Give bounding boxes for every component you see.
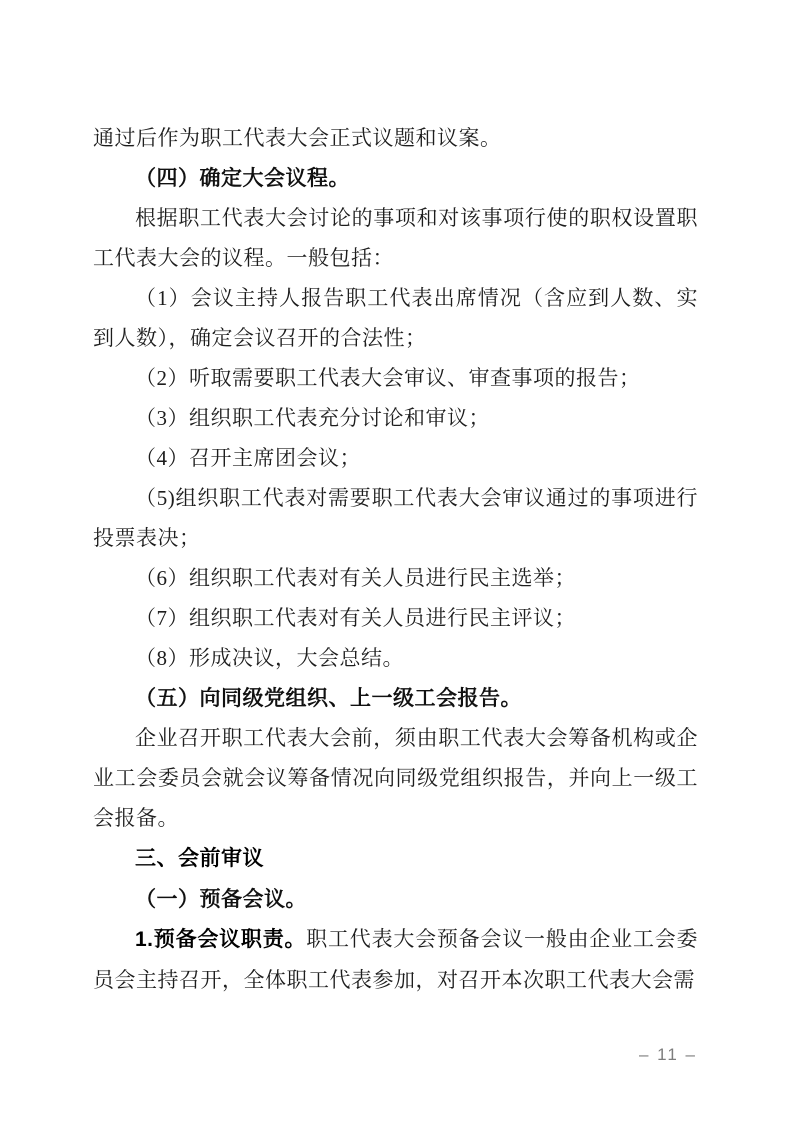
document-page: 通过后作为职工代表大会正式议题和议案。（四）确定大会议程。根据职工代表大会讨论的… bbox=[0, 0, 794, 1123]
paragraph: （6）组织职工代表对有关人员进行民主选举； bbox=[93, 558, 698, 598]
paragraph: 1.预备会议职责。职工代表大会预备会议一般由企业工会委员会主持召开，全体职工代表… bbox=[93, 919, 698, 1000]
paragraph: 通过后作为职工代表大会正式议题和议案。 bbox=[93, 118, 698, 158]
paragraph: 企业召开职工代表大会前，须由职工代表大会筹备机构或企业工会委员会就会议筹备情况向… bbox=[93, 718, 698, 838]
text-run: （6）组织职工代表对有关人员进行民主选举； bbox=[135, 566, 576, 590]
text-run: 企业召开职工代表大会前，须由职工代表大会筹备机构或企业工会委员会就会议筹备情况向… bbox=[93, 726, 698, 830]
text-run-hei-bold: 三、会前审议 bbox=[135, 847, 264, 870]
text-run: 通过后作为职工代表大会正式议题和议案。 bbox=[93, 126, 502, 150]
paragraph: 三、会前审议 bbox=[93, 838, 698, 879]
text-run: （5)组织职工代表对需要职工代表大会审议通过的事项进行投票表决； bbox=[93, 486, 698, 550]
text-run: （4）召开主席团会议； bbox=[135, 446, 361, 470]
paragraph: （一）预备会议。 bbox=[93, 879, 698, 919]
paragraph: （五）向同级党组织、上一级工会报告。 bbox=[93, 678, 698, 718]
text-run: （3）组织职工代表充分讨论和审议； bbox=[135, 406, 490, 430]
paragraph: （1）会议主持人报告职工代表出席情况（含应到人数、实到人数），确定会议召开的合法… bbox=[93, 278, 698, 358]
text-run-kai-bold: （四）确定大会议程。 bbox=[135, 166, 350, 190]
paragraph: 根据职工代表大会讨论的事项和对该事项行使的职权设置职工代表大会的议程。一般包括： bbox=[93, 198, 698, 278]
text-run: 根据职工代表大会讨论的事项和对该事项行使的职权设置职工代表大会的议程。一般包括： bbox=[93, 206, 698, 270]
footer-page-number: – 11 – bbox=[639, 1044, 697, 1066]
text-run: （7）组织职工代表对有关人员进行民主评议； bbox=[135, 606, 576, 630]
paragraph: （3）组织职工代表充分讨论和审议； bbox=[93, 398, 698, 438]
paragraph: （8）形成决议，大会总结。 bbox=[93, 638, 698, 678]
text-run: （2）听取需要职工代表大会审议、审查事项的报告； bbox=[135, 366, 641, 390]
text-run: （1）会议主持人报告职工代表出席情况（含应到人数、实到人数），确定会议召开的合法… bbox=[93, 286, 698, 350]
document-body: 通过后作为职工代表大会正式议题和议案。（四）确定大会议程。根据职工代表大会讨论的… bbox=[93, 118, 698, 1000]
paragraph: （四）确定大会议程。 bbox=[93, 158, 698, 198]
paragraph: （2）听取需要职工代表大会审议、审查事项的报告； bbox=[93, 358, 698, 398]
paragraph: （7）组织职工代表对有关人员进行民主评议； bbox=[93, 598, 698, 638]
text-run-kai-bold: （五）向同级党组织、上一级工会报告。 bbox=[135, 686, 522, 710]
text-run: （8）形成决议，大会总结。 bbox=[135, 646, 404, 670]
text-run-hei-bold: 1.预备会议职责。 bbox=[135, 928, 306, 951]
paragraph: （4）召开主席团会议； bbox=[93, 438, 698, 478]
paragraph: （5)组织职工代表对需要职工代表大会审议通过的事项进行投票表决； bbox=[93, 478, 698, 558]
text-run-kai-bold: （一）预备会议。 bbox=[135, 887, 307, 911]
